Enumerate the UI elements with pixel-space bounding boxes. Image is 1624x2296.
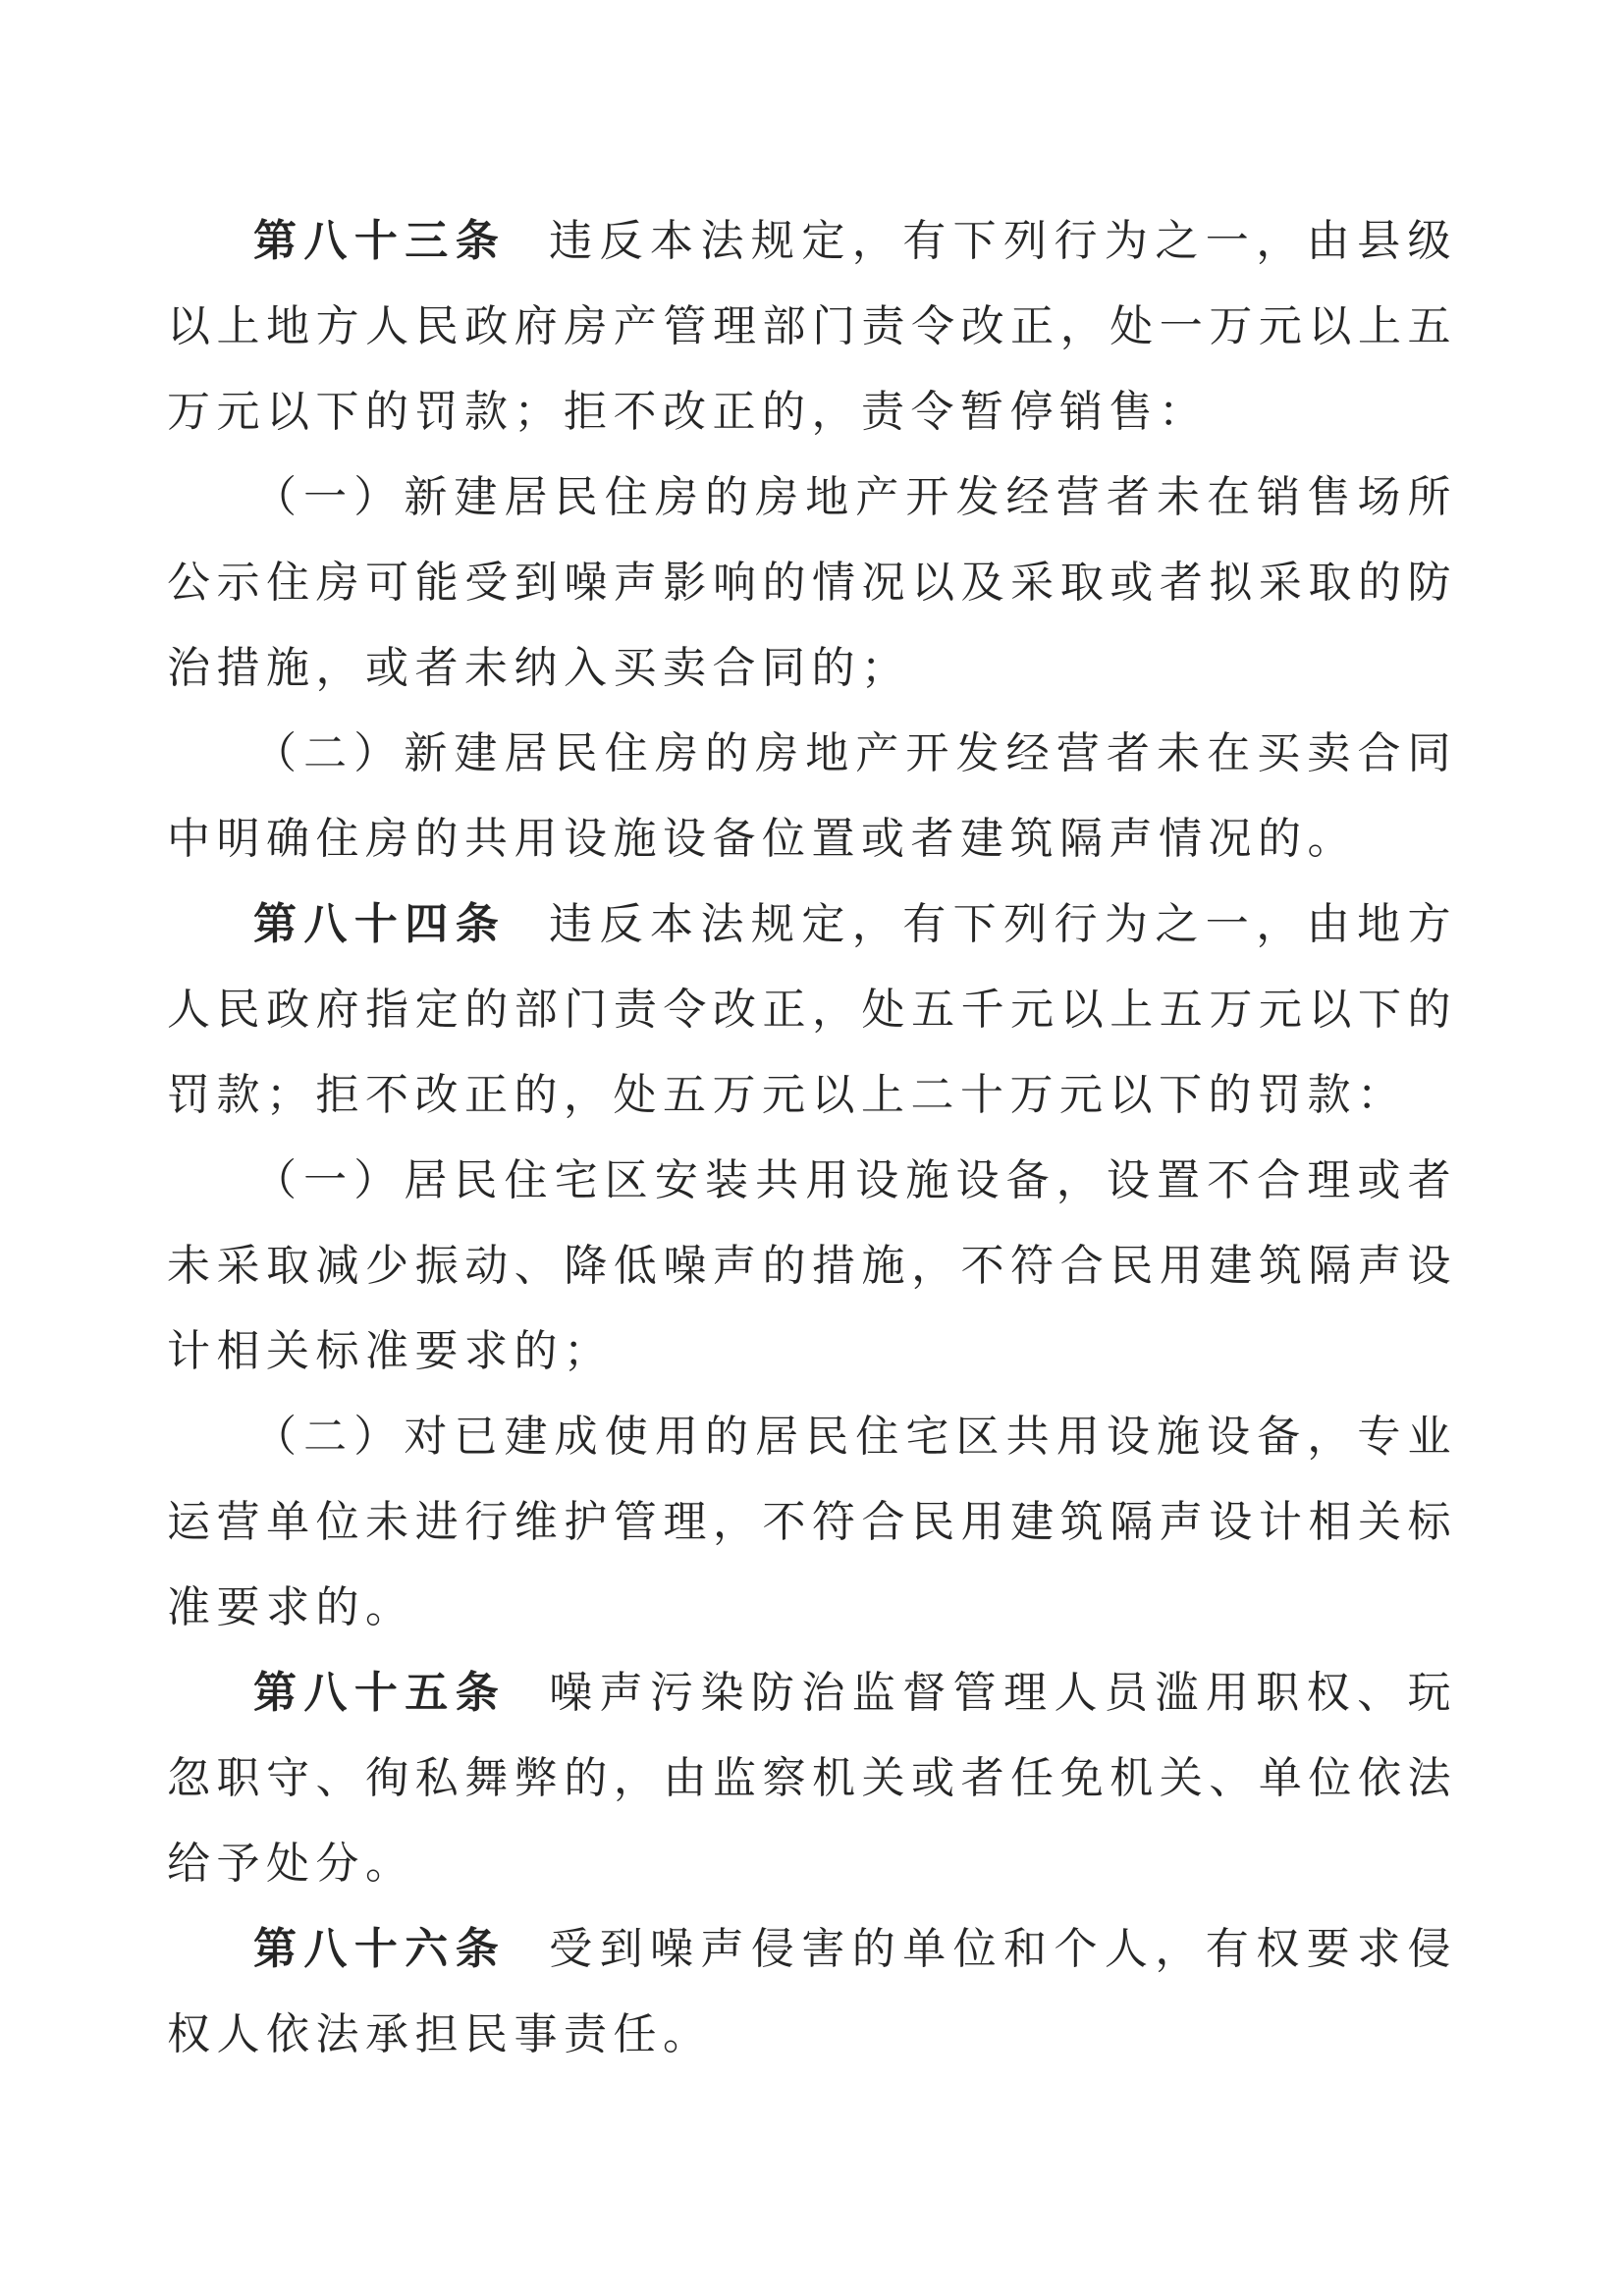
- article-83-item-1-paragraph: （一）新建居民住房的房地产开发经营者未在销售场所公示住房可能受到噪声影响的情况以…: [167, 454, 1457, 711]
- article-85-number: 第八十五条: [253, 1669, 506, 1717]
- article-84-item-1-paragraph: （一）居民住宅区安装共用设施设备，设置不合理或者未采取减少振动、降低噪声的措施，…: [167, 1138, 1457, 1394]
- article-83-number: 第八十三条: [253, 217, 506, 265]
- legal-text-body: 第八十三条违反本法规定，有下列行为之一，由县级以上地方人民政府房产管理部门责令改…: [167, 198, 1457, 2077]
- article-84-intro-paragraph: 第八十四条违反本法规定，有下列行为之一，由地方人民政府指定的部门责令改正，处五千…: [167, 881, 1457, 1138]
- article-84-number: 第八十四条: [253, 900, 506, 948]
- article-84-item-1-text: （一）居民住宅区安装共用设施设备，设置不合理或者未采取减少振动、降低噪声的措施，…: [167, 1156, 1457, 1375]
- article-83-intro-paragraph: 第八十三条违反本法规定，有下列行为之一，由县级以上地方人民政府房产管理部门责令改…: [167, 198, 1457, 454]
- article-85-paragraph: 第八十五条噪声污染防治监督管理人员滥用职权、玩忽职守、徇私舞弊的，由监察机关或者…: [167, 1650, 1457, 1906]
- article-83-item-2-paragraph: （二）新建居民住房的房地产开发经营者未在买卖合同中明确住房的共用设施设备位置或者…: [167, 711, 1457, 881]
- article-86-number: 第八十六条: [253, 1925, 506, 1973]
- article-84-item-2-text: （二）对已建成使用的居民住宅区共用设施设备，专业运营单位未进行维护管理，不符合民…: [167, 1413, 1457, 1631]
- article-83-item-1-text: （一）新建居民住房的房地产开发经营者未在销售场所公示住房可能受到噪声影响的情况以…: [167, 473, 1457, 692]
- document-page: 第八十三条违反本法规定，有下列行为之一，由县级以上地方人民政府房产管理部门责令改…: [0, 0, 1624, 2296]
- article-84-item-2-paragraph: （二）对已建成使用的居民住宅区共用设施设备，专业运营单位未进行维护管理，不符合民…: [167, 1394, 1457, 1650]
- article-86-paragraph: 第八十六条受到噪声侵害的单位和个人，有权要求侵权人依法承担民事责任。: [167, 1906, 1457, 2077]
- article-83-item-2-text: （二）新建居民住房的房地产开发经营者未在买卖合同中明确住房的共用设施设备位置或者…: [167, 729, 1457, 863]
